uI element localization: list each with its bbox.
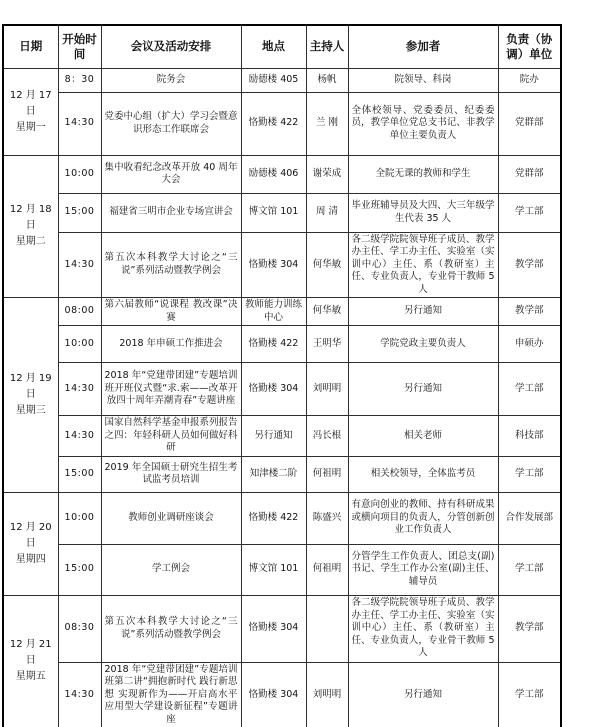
schedule-row: 12 月 17 日星期一8：30院务会励德楼 405杨帆院领导、科岗院办 — [3, 68, 561, 92]
schedule-row: 10:002018 年申硕工作推进会恪勤楼 422王明华学院党政主要负责人申硕办 — [3, 326, 561, 363]
unit-cell: 学工部 — [498, 662, 561, 727]
date-label: 12 月 20 日 — [7, 520, 55, 552]
participants-cell: 学院党政主要负责人 — [348, 326, 498, 363]
title-cell: 福建省三明市企业专场宣讲会 — [101, 193, 241, 232]
schedule-row: 14:302018 年“党建带团建”专题培训班第二讲“拥抱新时代 践行新思想 实… — [3, 662, 561, 727]
title-cell: 2019 年全国硕士研究生招生考试监考员培训 — [101, 456, 241, 492]
unit-cell: 学工部 — [498, 456, 561, 492]
time-cell: 14:30 — [58, 662, 101, 727]
date-label: 12 月 17 日 — [7, 88, 55, 120]
schedule-row: 15:00学工例会博文馆 101何祖明分管学生工作负责人、团总支(副)书记、学生… — [3, 544, 561, 595]
location-cell: 另行通知 — [241, 416, 306, 457]
schedule-row: 15:002019 年全国硕士研究生招生考试监考员培训知津楼二阶何祖明相关校领导… — [3, 456, 561, 492]
time-cell: 15:00 — [58, 193, 101, 232]
participants-cell: 全体校领导、党委委员、纪委委员，教学单位党总支书记、非教学单位主要负责人 — [348, 92, 498, 155]
unit-cell: 教学部 — [498, 232, 561, 298]
host-cell: 兰 刚 — [306, 92, 348, 155]
host-cell: 陈盛兴 — [306, 492, 348, 544]
location-cell: 恪勤楼 422 — [241, 92, 306, 155]
host-cell: 杨帆 — [306, 68, 348, 92]
host-cell — [306, 595, 348, 662]
participants-cell: 全院无课的教师和学生 — [348, 155, 498, 193]
title-cell: 国家自然科学基金申报系列报告之四：年轻科研人员如何做好科研 — [101, 416, 241, 457]
weekday-label: 星期三 — [7, 403, 55, 419]
col-header-unit: 负责（协调）单位 — [498, 25, 561, 68]
time-cell: 8：30 — [58, 68, 101, 92]
title-cell: 2018 年申硕工作推进会 — [101, 326, 241, 363]
participants-cell: 各二级学院院领导班子成员、教学办主任、学工办主任、实验室（实训中心）主任、系（教… — [348, 595, 498, 662]
host-cell: 刘明明 — [306, 363, 348, 416]
participants-cell: 院领导、科岗 — [348, 68, 498, 92]
time-cell: 15:00 — [58, 544, 101, 595]
host-cell: 何华敏 — [306, 232, 348, 298]
participants-cell: 分管学生工作负责人、团总支(副)书记、学生工作办公室(副)主任、辅导员 — [348, 544, 498, 595]
location-cell: 恪勤楼 304 — [241, 595, 306, 662]
schedule-row: 14:30国家自然科学基金申报系列报告之四：年轻科研人员如何做好科研另行通知冯长… — [3, 416, 561, 457]
participants-cell: 相关老师 — [348, 416, 498, 457]
time-cell: 14:30 — [58, 363, 101, 416]
title-cell: 党委中心组（扩大）学习会暨意识形态工作联席会 — [101, 92, 241, 155]
schedule-row: 12 月 18 日星期二10:00集中收看纪念改革开放 40 周年大会励德楼 4… — [3, 155, 561, 193]
unit-cell: 学工部 — [498, 544, 561, 595]
time-cell: 10:00 — [58, 492, 101, 544]
time-cell: 08:00 — [58, 298, 101, 326]
title-cell: 院务会 — [101, 68, 241, 92]
date-label: 12 月 19 日 — [7, 371, 55, 403]
time-cell: 10:00 — [58, 155, 101, 193]
unit-cell: 教学部 — [498, 298, 561, 326]
unit-cell: 学工部 — [498, 363, 561, 416]
col-header-participants: 参加者 — [348, 25, 498, 68]
title-cell: 第五次本科教学大讨论之“三说”系列活动暨教学例会 — [101, 232, 241, 298]
host-cell: 谢荣成 — [306, 155, 348, 193]
location-cell: 恪勤楼 422 — [241, 326, 306, 363]
participants-cell: 有意向创业的教师、持有科研成果或横向项目的负责人，分管创新创业工作负责人 — [348, 492, 498, 544]
schedule-row: 14:30党委中心组（扩大）学习会暨意识形态工作联席会恪勤楼 422兰 刚全体校… — [3, 92, 561, 155]
date-label: 12 月 18 日 — [7, 202, 55, 234]
schedule-row: 14:30第五次本科教学大讨论之“三说”系列活动暨教学例会恪勤楼 304何华敏各… — [3, 232, 561, 298]
date-cell: 12 月 17 日星期一 — [3, 68, 58, 155]
title-cell: 第五次本科教学大讨论之“三说”系列活动暨教学例会 — [101, 595, 241, 662]
title-cell: 2018 年“党建带团建”专题培训班开班仪式暨“求.索——改革开放四十周年弄潮青… — [101, 363, 241, 416]
date-cell: 12 月 19 日星期三 — [3, 298, 58, 493]
header-row: 日期 开始时间 会议及活动安排 地点 主持人 参加者 负责（协调）单位 — [3, 25, 561, 68]
date-label: 12 月 21 日 — [7, 637, 55, 669]
schedule-row: 14:302018 年“党建带团建”专题培训班开班仪式暨“求.索——改革开放四十… — [3, 363, 561, 416]
unit-cell: 党群部 — [498, 155, 561, 193]
location-cell: 恪勤楼 422 — [241, 492, 306, 544]
host-cell: 王明华 — [306, 326, 348, 363]
location-cell: 励德楼 406 — [241, 155, 306, 193]
unit-cell: 教学部 — [498, 595, 561, 662]
location-cell: 博文馆 101 — [241, 193, 306, 232]
schedule-row: 12 月 19 日星期三08:00第六届教师“说课程 教改课”决赛教师能力训练中… — [3, 298, 561, 326]
schedule-row: 12 月 21 日星期五08:30第五次本科教学大讨论之“三说”系列活动暨教学例… — [3, 595, 561, 662]
weekday-label: 星期五 — [7, 669, 55, 685]
time-cell: 14:30 — [58, 416, 101, 457]
participants-cell: 各二级学院院领导班子成员、教学办主任、学工办主任、实验室（实训中心）主任、系（教… — [348, 232, 498, 298]
host-cell: 刘明明 — [306, 662, 348, 727]
title-cell: 第六届教师“说课程 教改课”决赛 — [101, 298, 241, 326]
unit-cell: 合作发展部 — [498, 492, 561, 544]
weekday-label: 星期四 — [7, 552, 55, 568]
date-cell: 12 月 20 日星期四 — [3, 492, 58, 595]
title-cell: 学工例会 — [101, 544, 241, 595]
location-cell: 恪勤楼 304 — [241, 232, 306, 298]
time-cell: 10:00 — [58, 326, 101, 363]
location-cell: 博文馆 101 — [241, 544, 306, 595]
col-header-date: 日期 — [3, 25, 58, 68]
title-cell: 2018 年“党建带团建”专题培训班第二讲“拥抱新时代 践行新思想 实现新作为—… — [101, 662, 241, 727]
location-cell: 恪勤楼 304 — [241, 363, 306, 416]
participants-cell: 毕业班辅导员及大四、大三年级学生代表 35 人 — [348, 193, 498, 232]
col-header-host: 主持人 — [306, 25, 348, 68]
schedule-row: 12 月 20 日星期四10:00教师创业调研座谈会恪勤楼 422陈盛兴有意向创… — [3, 492, 561, 544]
unit-cell: 申硕办 — [498, 326, 561, 363]
unit-cell: 院办 — [498, 68, 561, 92]
participants-cell: 另行通知 — [348, 298, 498, 326]
date-cell: 12 月 18 日星期二 — [3, 155, 58, 298]
col-header-location: 地点 — [241, 25, 306, 68]
schedule-table: 日期 开始时间 会议及活动安排 地点 主持人 参加者 负责（协调）单位 12 月… — [2, 24, 562, 727]
col-header-start-time: 开始时间 — [58, 25, 101, 68]
host-cell: 何祖明 — [306, 456, 348, 492]
location-cell: 励德楼 405 — [241, 68, 306, 92]
participants-cell: 相关校领导，全体监考员 — [348, 456, 498, 492]
host-cell: 何华敏 — [306, 298, 348, 326]
location-cell: 恪勤楼 304 — [241, 662, 306, 727]
time-cell: 14:30 — [58, 92, 101, 155]
schedule-table-header: 日期 开始时间 会议及活动安排 地点 主持人 参加者 负责（协调）单位 — [3, 25, 561, 68]
schedule-table-body: 12 月 17 日星期一8：30院务会励德楼 405杨帆院领导、科岗院办14:3… — [3, 68, 561, 727]
time-cell: 08:30 — [58, 595, 101, 662]
schedule-row: 15:00福建省三明市企业专场宣讲会博文馆 101周 清毕业班辅导员及大四、大三… — [3, 193, 561, 232]
unit-cell: 学工部 — [498, 193, 561, 232]
document-page: 日期 开始时间 会议及活动安排 地点 主持人 参加者 负责（协调）单位 12 月… — [0, 0, 600, 727]
location-cell: 知津楼二阶 — [241, 456, 306, 492]
date-cell: 12 月 21 日星期五 — [3, 595, 58, 727]
title-cell: 集中收看纪念改革开放 40 周年大会 — [101, 155, 241, 193]
time-cell: 14:30 — [58, 232, 101, 298]
host-cell: 何祖明 — [306, 544, 348, 595]
host-cell: 冯长根 — [306, 416, 348, 457]
col-header-event: 会议及活动安排 — [101, 25, 241, 68]
weekday-label: 星期一 — [7, 120, 55, 136]
unit-cell: 党群部 — [498, 92, 561, 155]
time-cell: 15:00 — [58, 456, 101, 492]
unit-cell: 科技部 — [498, 416, 561, 457]
participants-cell: 另行通知 — [348, 662, 498, 727]
location-cell: 教师能力训练中心 — [241, 298, 306, 326]
participants-cell: 另行通知 — [348, 363, 498, 416]
weekday-label: 星期二 — [7, 234, 55, 250]
title-cell: 教师创业调研座谈会 — [101, 492, 241, 544]
host-cell: 周 清 — [306, 193, 348, 232]
